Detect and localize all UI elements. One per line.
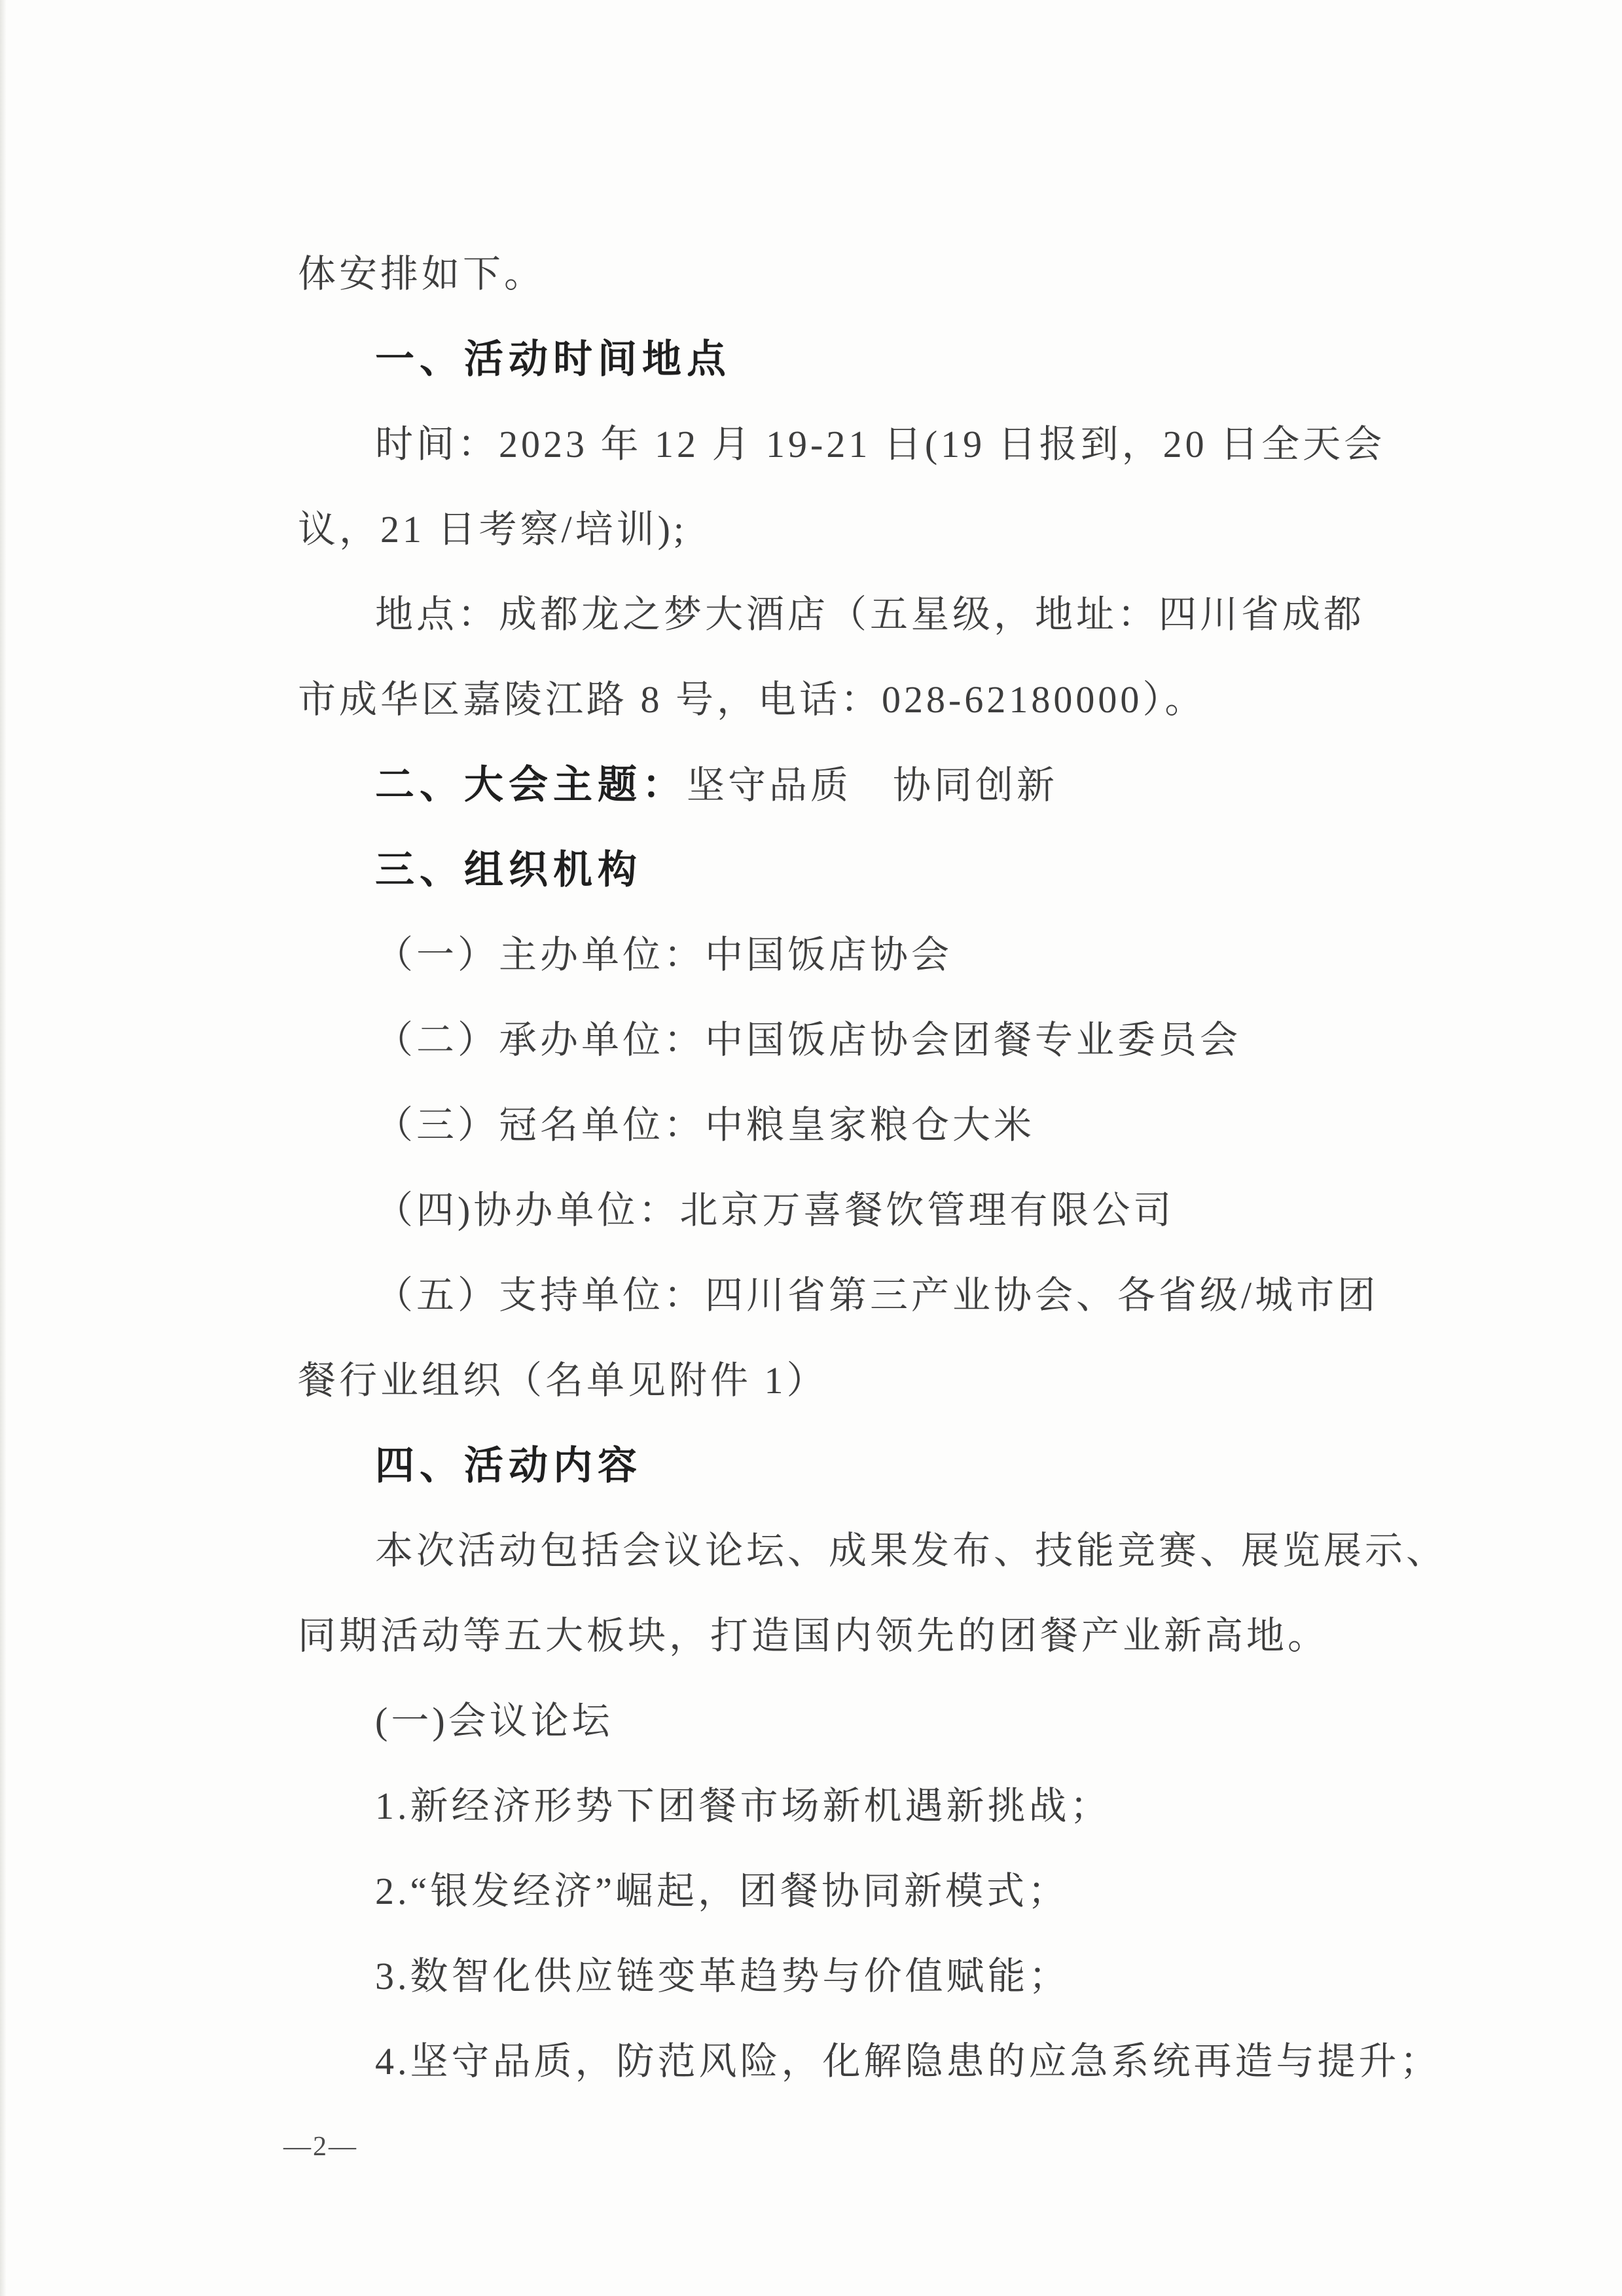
body-line-place-1: 地点：成都龙之梦大酒店（五星级，地址：四川省成都 <box>298 572 1455 657</box>
org-line-title-sponsor: （三）冠名单位：中粮皇家粮仓大米 <box>298 1083 1455 1168</box>
heading-organization: 三、组织机构 <box>298 828 1455 913</box>
org-line-supporter-2: 餐行业组织（名单见附件 1） <box>298 1338 1455 1423</box>
page-number: —2— <box>283 2133 358 2160</box>
forum-topic-3: 3.数智化供应链变革趋势与价值赋能； <box>298 1934 1455 2019</box>
heading-activity-time-place: 一、活动时间地点 <box>298 317 1455 402</box>
org-line-host: （一）主办单位：中国饭店协会 <box>298 913 1455 998</box>
org-line-co-organizer: （四)协办单位：北京万喜餐饮管理有限公司 <box>298 1168 1455 1253</box>
org-line-organizer: （二）承办单位：中国饭店协会团餐专业委员会 <box>298 998 1455 1083</box>
body-line-time-2: 议，21 日考察/培训); <box>298 487 1455 572</box>
body-line-place-2: 市成华区嘉陵江路 8 号，电话：028-62180000）。 <box>298 657 1455 742</box>
body-line-overview-1: 本次活动包括会议论坛、成果发布、技能竞赛、展览展示、 <box>298 1508 1455 1594</box>
org-line-supporter-1: （五）支持单位：四川省第三产业协会、各省级/城市团 <box>298 1253 1455 1338</box>
conference-theme-value: 坚守品质 协同创新 <box>687 764 1058 807</box>
body-line-time-1: 时间：2023 年 12 月 19-21 日(19 日报到，20 日全天会 <box>298 402 1455 487</box>
heading-conference-theme: 二、大会主题：坚守品质 协同创新 <box>298 742 1455 828</box>
body-line-carryover: 体安排如下。 <box>298 232 1455 317</box>
conference-theme-label: 二、大会主题： <box>375 763 687 807</box>
forum-topic-1: 1.新经济形势下团餐市场新机遇新挑战； <box>298 1764 1455 1849</box>
scan-edge-artifact <box>0 0 7 2296</box>
scanned-document-page: 体安排如下。 一、活动时间地点 时间：2023 年 12 月 19-21 日(1… <box>0 0 1622 2296</box>
forum-topic-2: 2.“银发经济”崛起，团餐协同新模式； <box>298 1849 1455 1934</box>
subheading-forum: (一)会议论坛 <box>298 1679 1455 1764</box>
forum-topic-4: 4.坚守品质，防范风险，化解隐患的应急系统再造与提升； <box>298 2019 1455 2104</box>
heading-activity-content: 四、活动内容 <box>298 1423 1455 1508</box>
body-line-overview-2: 同期活动等五大板块，打造国内领先的团餐产业新高地。 <box>298 1594 1455 1679</box>
